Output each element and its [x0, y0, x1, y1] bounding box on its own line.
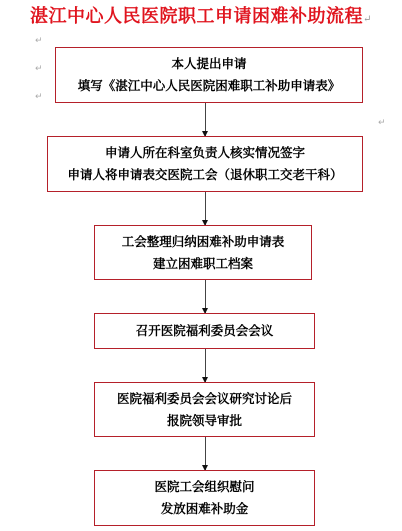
- flow-arrow-3: [205, 280, 206, 313]
- step-6-line-2: 发放困难补助金: [161, 498, 249, 520]
- step-2-line-1: 申请人所在科室负责人核实情况签字: [105, 142, 305, 164]
- step-4-line-1: 召开医院福利委员会会议: [136, 320, 274, 342]
- step-3-line-1: 工会整理归纳困难补助申请表: [122, 231, 285, 253]
- flow-step-5: 医院福利委员会会议研究讨论后 报院领导审批: [94, 382, 315, 437]
- step-1-line-2: 填写《湛江中心人民医院困难职工补助申请表》: [78, 75, 341, 97]
- flow-arrow-5: [205, 437, 206, 470]
- flow-arrow-2: [205, 192, 206, 225]
- flow-step-1: 本人提出申请 填写《湛江中心人民医院困难职工补助申请表》: [55, 47, 363, 103]
- step-6-line-1: 医院工会组织慰问: [154, 476, 254, 498]
- step-5-line-1: 医院福利委员会会议研究讨论后: [117, 388, 292, 410]
- paragraph-mark-icon: ↵: [35, 64, 43, 74]
- page-title: 湛江中心人民医院职工申请困难补助流程↵: [0, 2, 402, 28]
- paragraph-mark-icon: ↵: [378, 118, 386, 128]
- flow-step-6: 医院工会组织慰问 发放困难补助金: [94, 470, 315, 526]
- flow-step-2: 申请人所在科室负责人核实情况签字 申请人将申请表交医院工会（退休职工交老干科）: [47, 136, 363, 192]
- flow-step-4: 召开医院福利委员会会议: [94, 313, 315, 349]
- step-5-line-2: 报院领导审批: [167, 410, 242, 432]
- flow-arrow-1: [205, 103, 206, 136]
- step-3-line-2: 建立困难职工档案: [153, 253, 253, 275]
- step-2-line-2: 申请人将申请表交医院工会（退休职工交老干科）: [67, 164, 342, 186]
- title-text: 湛江中心人民医院职工申请困难补助流程: [30, 6, 363, 27]
- flow-arrow-4: [205, 349, 206, 382]
- paragraph-mark-icon: ↵: [363, 14, 372, 25]
- paragraph-mark-icon: ↵: [35, 92, 43, 102]
- paragraph-mark-icon: ↵: [35, 36, 43, 46]
- step-1-line-1: 本人提出申请: [171, 53, 246, 75]
- flow-step-3: 工会整理归纳困难补助申请表 建立困难职工档案: [94, 225, 312, 280]
